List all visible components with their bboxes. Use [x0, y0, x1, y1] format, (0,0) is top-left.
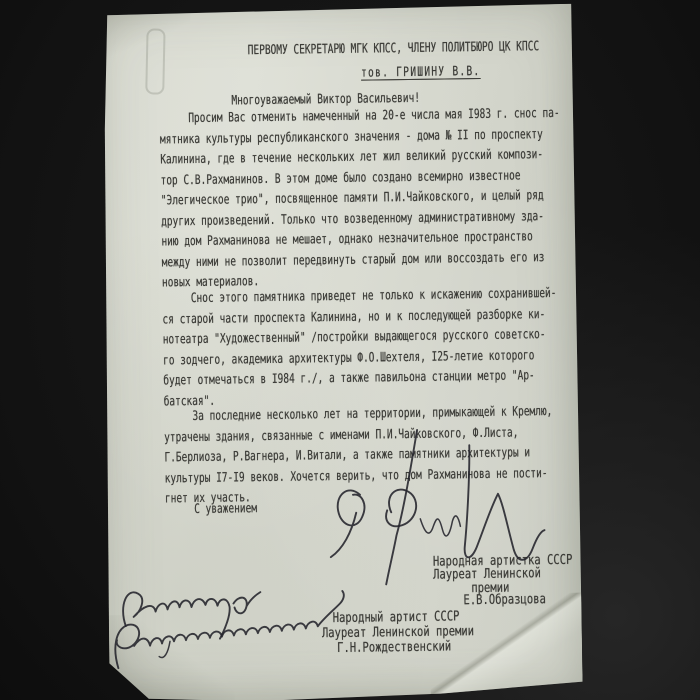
closing: С уважением: [194, 499, 257, 520]
top-left-fold-shadow: [95, 8, 191, 61]
recipient-line-1: ПЕРВОМУ СЕКРЕТАРЮ МГК КПСС, ЧЛЕНУ ПОЛИТБ…: [248, 37, 540, 62]
paragraph-2: Снос этого памятника приведет не только …: [162, 284, 558, 412]
obraztsova-typed-name: Е.В.Образцова: [463, 593, 546, 608]
recipient-line-2: тов. ГРИШИНУ В.В.: [361, 62, 481, 84]
rozhdestvensky-typed-name: Г.Н.Рождественский: [337, 640, 451, 655]
paragraph-1: Просим Вас отменить намеченный на 20-е ч…: [160, 104, 562, 294]
bottom-left-shadow: [104, 613, 235, 700]
document-page: ПЕРВОМУ СЕКРЕТАРЮ МГК КПСС, ЧЛЕНУ ПОЛИТБ…: [95, 3, 583, 700]
paragraph-3: За последние несколько лет на территории…: [164, 402, 554, 510]
photo-background: ПЕРВОМУ СЕКРЕТАРЮ МГК КПСС, ЧЛЕНУ ПОЛИТБ…: [0, 0, 700, 700]
obraztsova-credentials: Народная артистка СССР Лауреат Ленинской…: [433, 554, 573, 596]
paperclip-imprint: [145, 28, 165, 94]
